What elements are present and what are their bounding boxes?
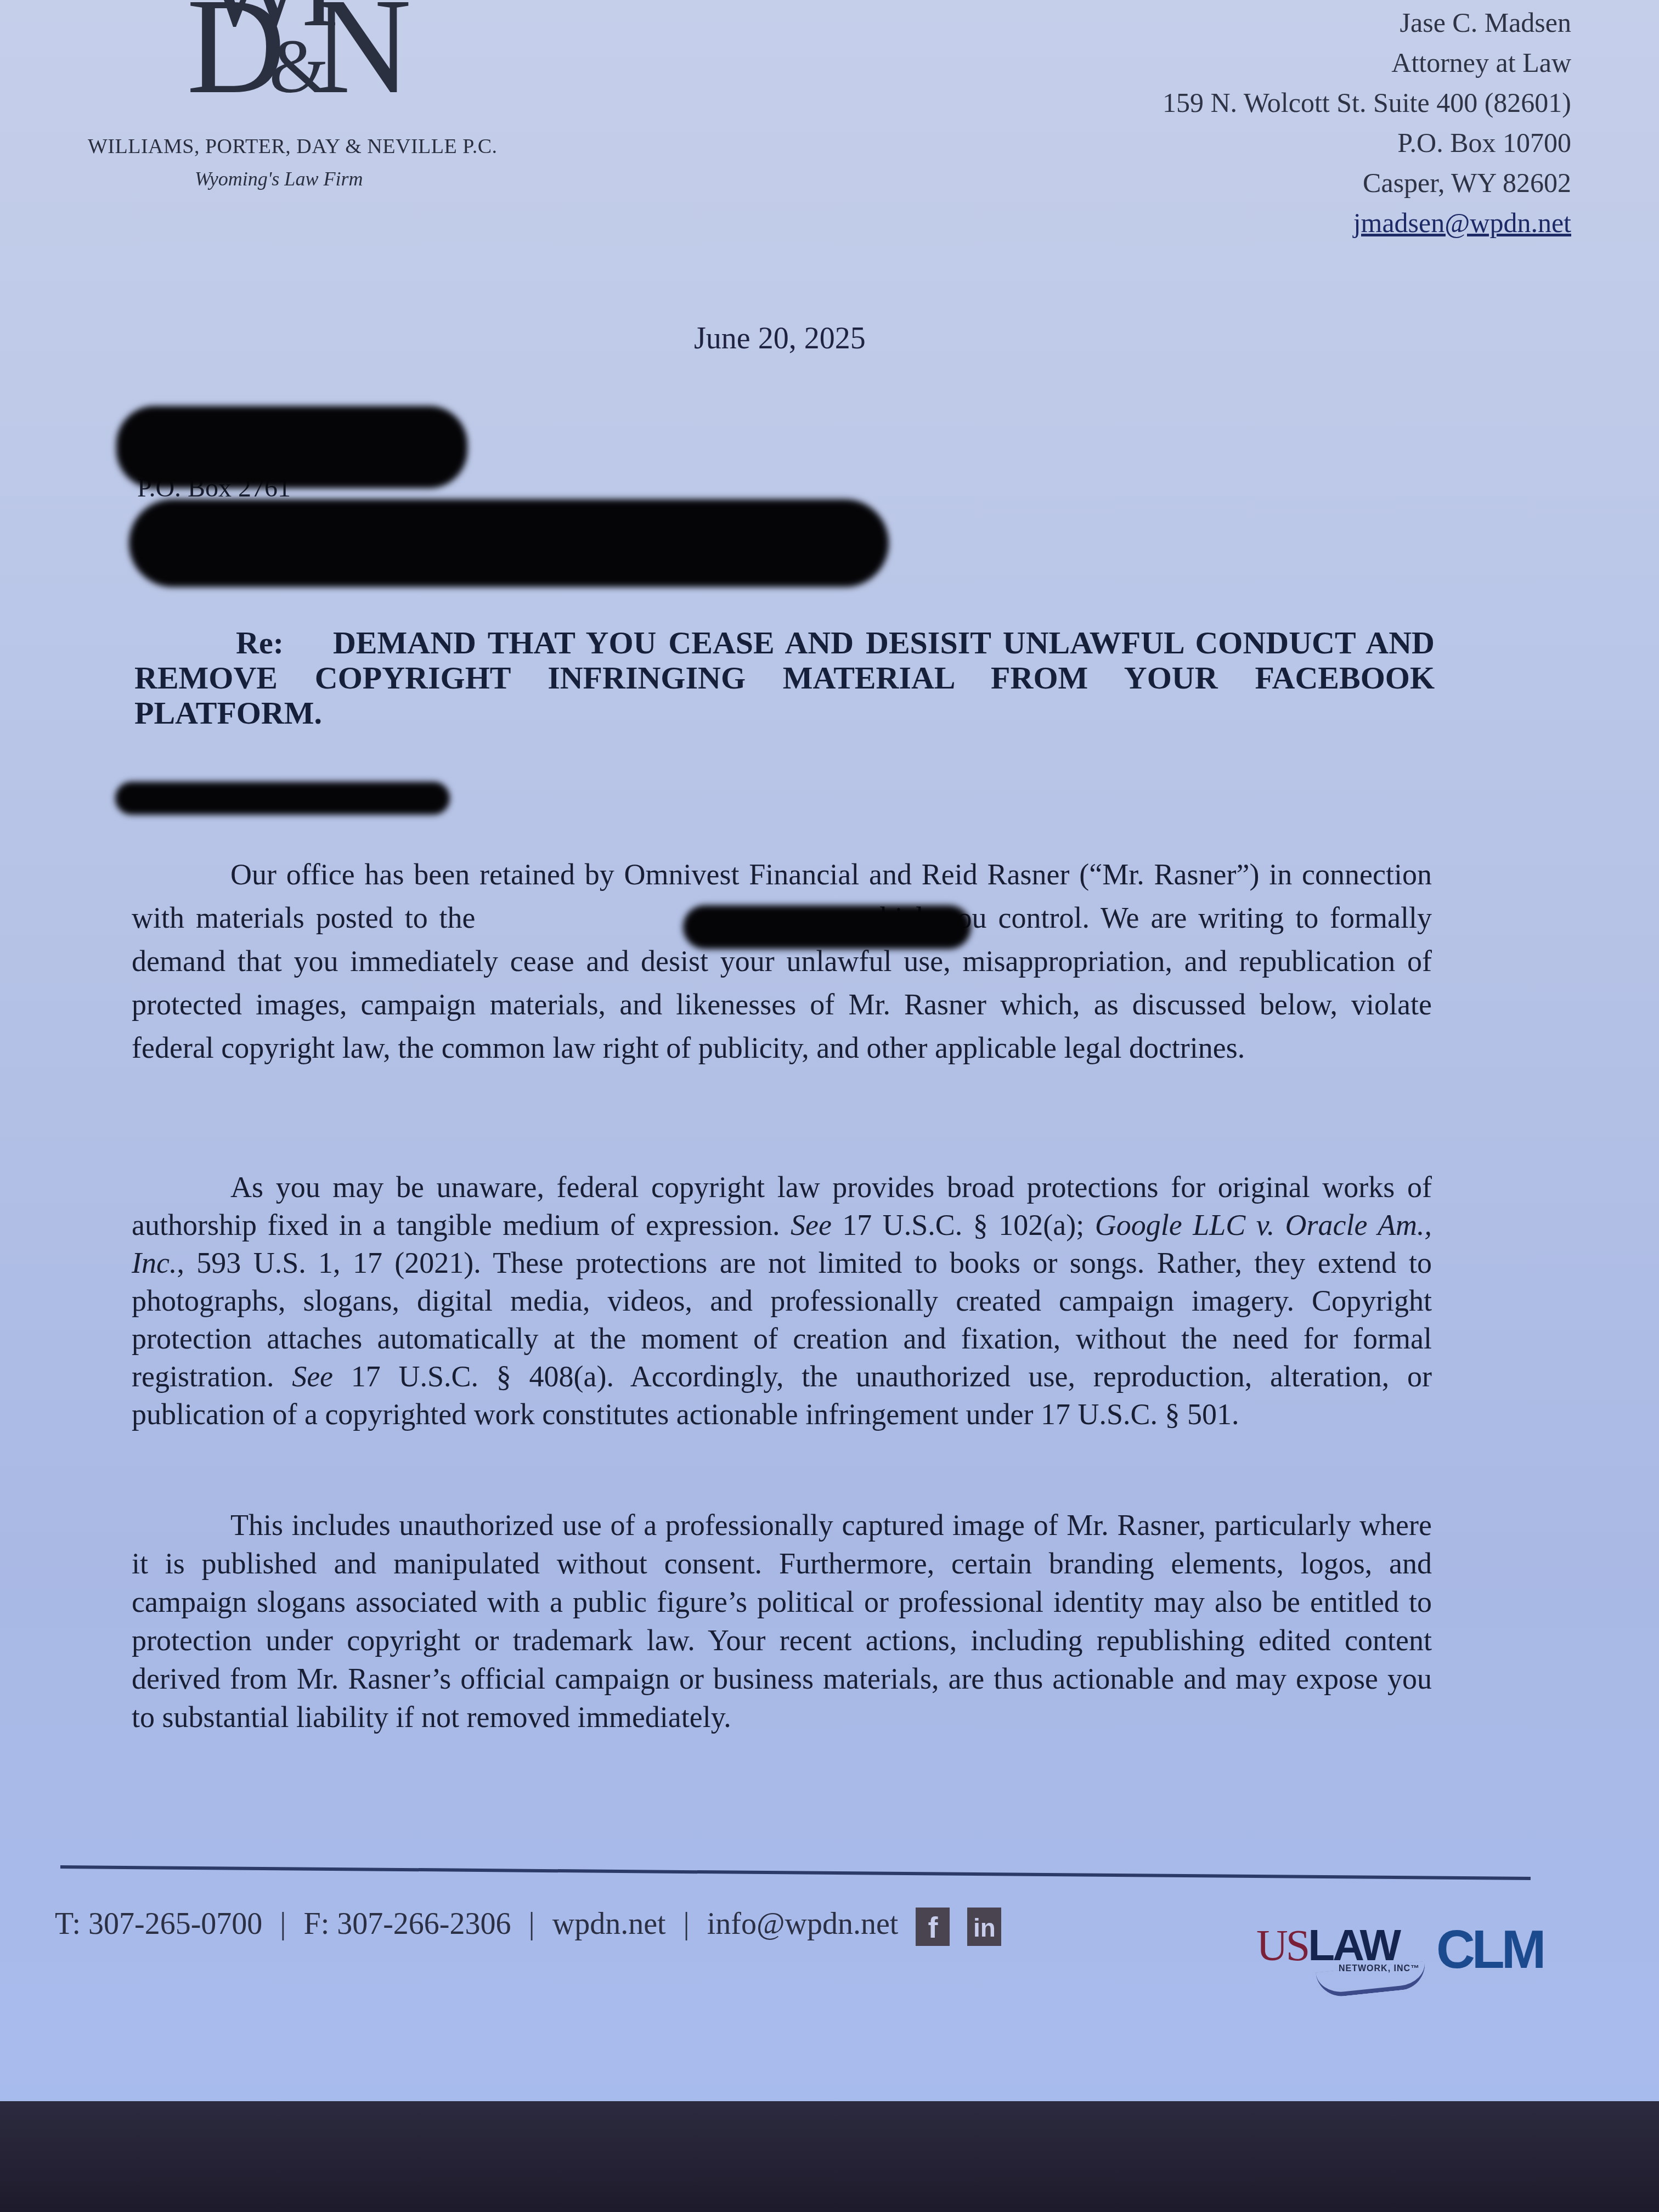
separator: | <box>280 1907 286 1941</box>
clm-logo: CLM <box>1436 1918 1543 1980</box>
uslaw-law: LAW <box>1308 1921 1399 1970</box>
uslaw-us: US <box>1256 1922 1308 1970</box>
sender-street: 159 N. Wolcott St. Suite 400 (82601) <box>1163 83 1571 123</box>
subject-line: Re:DEMAND THAT YOU CEASE AND DESISIT UNL… <box>134 625 1435 731</box>
redaction-page-name-mark <box>683 905 971 949</box>
body-paragraph-3: This includes unauthorized use of a prof… <box>132 1506 1432 1736</box>
logo-letter-d: D <box>187 0 280 122</box>
facebook-icon[interactable]: f <box>916 1908 950 1946</box>
footer-fax: F: 307-266-2306 <box>304 1907 511 1941</box>
subject-text: DEMAND THAT YOU CEASE AND DESISIT UNLAWF… <box>134 625 1435 731</box>
firm-name: WILLIAMS, PORTER, DAY & NEVILLE P.C. <box>88 134 498 159</box>
separator: | <box>529 1907 535 1941</box>
firm-logo: WP D&N <box>181 0 400 115</box>
sender-po-box: P.O. Box 10700 <box>1163 123 1571 163</box>
logo-letter-n: N <box>312 0 406 122</box>
subject-prefix: Re: <box>236 625 284 661</box>
body-paragraph-2: As you may be unaware, federal copyright… <box>132 1169 1432 1434</box>
citation: 17 U.S.C. § 102(a); <box>842 1209 1084 1242</box>
sender-block: Jase C. Madsen Attorney at Law 159 N. Wo… <box>1163 3 1571 243</box>
footer-phone: T: 307-265-0700 <box>55 1907 262 1941</box>
sender-title: Attorney at Law <box>1163 43 1571 83</box>
body-paragraph-1: Our office has been retained by Omnivest… <box>132 853 1432 1070</box>
sender-name: Jase C. Madsen <box>1163 3 1571 43</box>
letter-date: June 20, 2025 <box>694 321 866 356</box>
sender-email-link[interactable]: jmadsen@wpdn.net <box>1163 203 1571 243</box>
paragraph-text: This includes unauthorized use of a prof… <box>132 1509 1432 1734</box>
background-surface <box>0 2101 1659 2212</box>
logo-monogram-dn: D&N <box>187 0 406 115</box>
footer-website-link[interactable]: wpdn.net <box>552 1907 666 1941</box>
redaction-recipient-name <box>116 406 467 488</box>
linkedin-icon[interactable]: in <box>967 1908 1001 1946</box>
firm-tagline: Wyoming's Law Firm <box>195 167 363 190</box>
separator: | <box>684 1907 690 1941</box>
redaction-recipient-address <box>129 499 889 587</box>
footer-contact: T: 307-265-0700 | F: 307-266-2306 | wpdn… <box>55 1906 1001 1946</box>
citation-signal: See <box>791 1209 832 1242</box>
redaction-salutation <box>115 782 450 815</box>
sender-city: Casper, WY 82602 <box>1163 163 1571 203</box>
citation-signal: See <box>292 1360 333 1393</box>
footer-email-link[interactable]: info@wpdn.net <box>707 1907 899 1941</box>
